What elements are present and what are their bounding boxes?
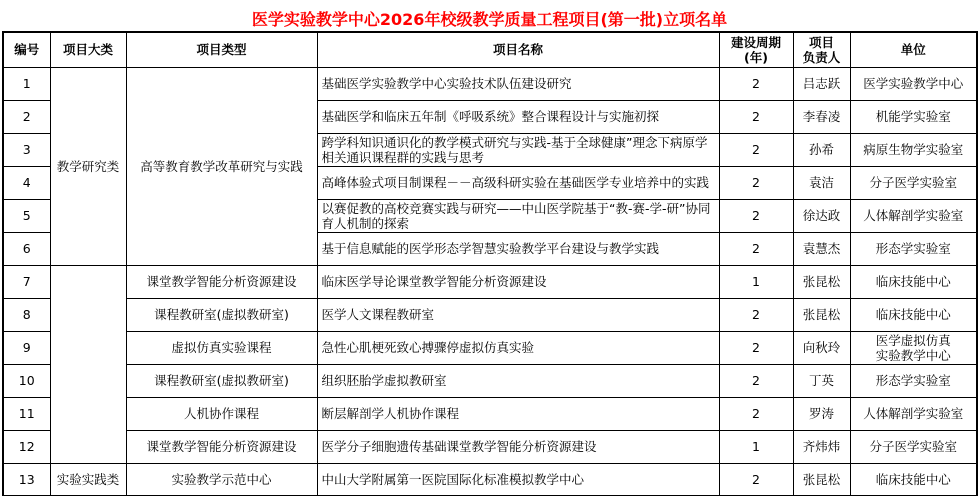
table-row: 11 人机协作课程 断层解剖学人机协作课程 2 罗涛 人体解剖学实验室 (3, 397, 977, 430)
cell-type: 课程教研室(虚拟教研室) (126, 364, 317, 397)
cell-name: 基础医学和临床五年制《呼吸系统》整合课程设计与实施初探 (317, 100, 719, 133)
cell-leader: 丁英 (793, 364, 850, 397)
cell-unit: 临床技能中心 (850, 265, 977, 298)
col-header-unit: 单位 (850, 32, 977, 67)
cell-period: 2 (719, 67, 793, 100)
cell-leader: 孙希 (793, 133, 850, 166)
page-title: 医学实验教学中心2026年校级教学质量工程项目(第一批)立项名单 (0, 0, 979, 31)
cell-unit: 医学实验教学中心 (850, 67, 977, 100)
cell-unit: 医学虚拟仿真 实验教学中心 (850, 331, 977, 364)
cell-period: 2 (719, 463, 793, 496)
cell-period: 2 (719, 166, 793, 199)
cell-period: 2 (719, 199, 793, 232)
cell-no: 11 (3, 397, 50, 430)
cell-leader: 张昆松 (793, 298, 850, 331)
cell-period: 2 (719, 100, 793, 133)
cell-no: 13 (3, 463, 50, 496)
cell-category-empty (50, 265, 126, 463)
table-row: 12 课堂教学智能分析资源建设 医学分子细胞遗传基础课堂教学智能分析资源建设 1… (3, 430, 977, 463)
cell-leader: 向秋玲 (793, 331, 850, 364)
col-header-period: 建设周期 (年) (719, 32, 793, 67)
cell-period: 2 (719, 232, 793, 265)
cell-unit: 临床技能中心 (850, 298, 977, 331)
table-row: 10 课程教研室(虚拟教研室) 组织胚胎学虚拟教研室 2 丁英 形态学实验室 (3, 364, 977, 397)
cell-leader: 罗涛 (793, 397, 850, 430)
cell-name: 断层解剖学人机协作课程 (317, 397, 719, 430)
cell-period: 2 (719, 364, 793, 397)
cell-name: 临床医学导论课堂教学智能分析资源建设 (317, 265, 719, 298)
cell-unit: 分子医学实验室 (850, 430, 977, 463)
col-header-no: 编号 (3, 32, 50, 67)
cell-leader: 吕志跃 (793, 67, 850, 100)
header-row: 编号 项目大类 项目类型 项目名称 建设周期 (年) 项目 负责人 单位 (3, 32, 977, 67)
cell-period: 2 (719, 133, 793, 166)
cell-no: 6 (3, 232, 50, 265)
cell-unit: 人体解剖学实验室 (850, 397, 977, 430)
cell-leader: 袁洁 (793, 166, 850, 199)
cell-leader: 张昆松 (793, 265, 850, 298)
projects-table: 编号 项目大类 项目类型 项目名称 建设周期 (年) 项目 负责人 单位 1 教… (2, 31, 978, 496)
table-row: 7 课堂教学智能分析资源建设 临床医学导论课堂教学智能分析资源建设 1 张昆松 … (3, 265, 977, 298)
cell-no: 12 (3, 430, 50, 463)
cell-name: 中山大学附属第一医院国际化标准模拟教学中心 (317, 463, 719, 496)
cell-type-higher-ed-reform: 高等教育教学改革研究与实践 (126, 67, 317, 265)
cell-no: 10 (3, 364, 50, 397)
cell-no: 1 (3, 67, 50, 100)
cell-leader: 张昆松 (793, 463, 850, 496)
cell-name: 高峰体验式项目制课程－－高级科研实验在基础医学专业培养中的实践 (317, 166, 719, 199)
cell-no: 2 (3, 100, 50, 133)
cell-unit: 形态学实验室 (850, 364, 977, 397)
col-header-name: 项目名称 (317, 32, 719, 67)
cell-unit: 临床技能中心 (850, 463, 977, 496)
cell-name: 急性心肌梗死致心搏骤停虚拟仿真实验 (317, 331, 719, 364)
cell-category-teaching-research: 教学研究类 (50, 67, 126, 265)
table-row: 8 课程教研室(虚拟教研室) 医学人文课程教研室 2 张昆松 临床技能中心 (3, 298, 977, 331)
cell-name: 基础医学实验教学中心实验技术队伍建设研究 (317, 67, 719, 100)
cell-name: 以赛促教的高校竞赛实践与研究——中山医学院基于“教-赛-学-研”协同育人机制的探… (317, 199, 719, 232)
cell-leader: 李春凌 (793, 100, 850, 133)
table-row: 13 实验实践类 实验教学示范中心 中山大学附属第一医院国际化标准模拟教学中心 … (3, 463, 977, 496)
cell-unit: 分子医学实验室 (850, 166, 977, 199)
cell-no: 9 (3, 331, 50, 364)
cell-leader: 袁慧杰 (793, 232, 850, 265)
cell-leader: 齐炜炜 (793, 430, 850, 463)
cell-leader: 徐达政 (793, 199, 850, 232)
table-row: 9 虚拟仿真实验课程 急性心肌梗死致心搏骤停虚拟仿真实验 2 向秋玲 医学虚拟仿… (3, 331, 977, 364)
cell-name: 组织胚胎学虚拟教研室 (317, 364, 719, 397)
col-header-type: 项目类型 (126, 32, 317, 67)
cell-period: 1 (719, 265, 793, 298)
cell-name: 基于信息赋能的医学形态学智慧实验教学平台建设与教学实践 (317, 232, 719, 265)
cell-type: 人机协作课程 (126, 397, 317, 430)
cell-unit: 形态学实验室 (850, 232, 977, 265)
cell-period: 2 (719, 298, 793, 331)
cell-name: 医学人文课程教研室 (317, 298, 719, 331)
col-header-category: 项目大类 (50, 32, 126, 67)
cell-no: 4 (3, 166, 50, 199)
cell-type: 虚拟仿真实验课程 (126, 331, 317, 364)
cell-type: 课堂教学智能分析资源建设 (126, 430, 317, 463)
cell-name: 跨学科知识通识化的教学模式研究与实践-基于全球健康”理念下病原学相关通识课程群的… (317, 133, 719, 166)
cell-type: 实验教学示范中心 (126, 463, 317, 496)
cell-name: 医学分子细胞遗传基础课堂教学智能分析资源建设 (317, 430, 719, 463)
cell-type: 课程教研室(虚拟教研室) (126, 298, 317, 331)
cell-type: 课堂教学智能分析资源建设 (126, 265, 317, 298)
cell-category-experiment-practice: 实验实践类 (50, 463, 126, 496)
col-header-leader: 项目 负责人 (793, 32, 850, 67)
cell-period: 2 (719, 397, 793, 430)
cell-unit: 人体解剖学实验室 (850, 199, 977, 232)
cell-unit: 病原生物学实验室 (850, 133, 977, 166)
cell-no: 8 (3, 298, 50, 331)
cell-period: 2 (719, 331, 793, 364)
cell-period: 1 (719, 430, 793, 463)
cell-unit: 机能学实验室 (850, 100, 977, 133)
cell-no: 5 (3, 199, 50, 232)
cell-no: 3 (3, 133, 50, 166)
cell-no: 7 (3, 265, 50, 298)
table-row: 1 教学研究类 高等教育教学改革研究与实践 基础医学实验教学中心实验技术队伍建设… (3, 67, 977, 100)
